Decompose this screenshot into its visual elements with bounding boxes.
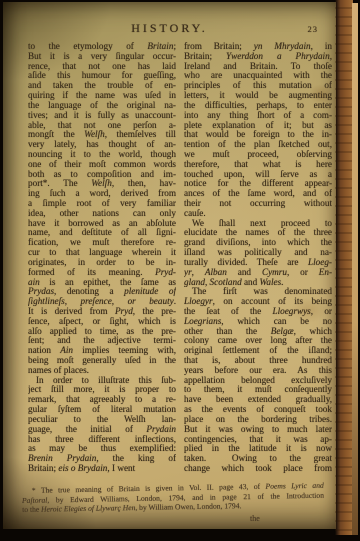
text-line: gular ſyſtem of literal mutation bbox=[28, 405, 176, 415]
text-line: ing ſuch a word, derived from bbox=[28, 189, 176, 199]
text-line: that is, about three hundred bbox=[184, 356, 332, 366]
text-line: contingencies, that it was ap- bbox=[184, 435, 332, 445]
text-line: very lately, has thought of an- bbox=[28, 140, 176, 150]
page-fore-edge bbox=[335, 0, 353, 535]
book-page: HISTORY. 23 to the etymology of Britain;… bbox=[3, 2, 336, 529]
text-line: name, and deſtitute of all ſigni- bbox=[28, 228, 176, 238]
text-line: that would be foreign to the in- bbox=[184, 130, 332, 140]
text-line: ſence, aſpect, or ſight, which is bbox=[28, 317, 176, 327]
text-line: cur to that language wherein it bbox=[28, 248, 176, 258]
text-line: mongſt the Welſh, themſelves till bbox=[28, 130, 176, 140]
text-line: cauſe. bbox=[184, 209, 332, 219]
text-line: original ſettlement of the iſland; bbox=[184, 346, 332, 356]
text-line: ain is an epithet, the ſame as bbox=[28, 278, 176, 288]
text-line: It is derived from Pryd, the pre- bbox=[28, 307, 176, 317]
text-line: plete explanation of it; but as bbox=[184, 121, 332, 131]
text-line: letters, it would be augmenting bbox=[184, 91, 332, 101]
page-body: to the etymology of Britain;But it is a … bbox=[28, 42, 332, 474]
text-line: The firſt was denominated bbox=[184, 287, 332, 297]
text-line: formed of its meaning. Pryd- bbox=[28, 268, 176, 278]
text-line: able, that not one perſon a- bbox=[28, 121, 176, 131]
text-line: tives; and it is fully as unaccount- bbox=[28, 111, 176, 121]
text-line: principles of this mutation of bbox=[184, 81, 332, 91]
text-line: fication, we muſt therefore re- bbox=[28, 238, 176, 248]
text-line: other than the Belgæ, which bbox=[184, 327, 332, 337]
text-line: guage, the initial of Prydain bbox=[28, 425, 176, 435]
text-line: taken. Owing to the great bbox=[184, 454, 332, 464]
footnote: * The true meaning of Britain is given i… bbox=[22, 481, 324, 515]
text-line: nouncing it to the world, though bbox=[28, 150, 176, 160]
text-line: have been extended gradually, bbox=[184, 395, 332, 405]
text-line: who are unacquainted with the bbox=[184, 71, 332, 81]
text-line: iſland was politically and na- bbox=[184, 248, 332, 258]
text-line: notice for the different appear- bbox=[184, 179, 332, 189]
text-line: therefore, that what is here bbox=[184, 160, 332, 170]
text-line: peculiar to the Welſh lan- bbox=[28, 415, 176, 425]
scanned-book-photo: HISTORY. 23 to the etymology of Britain;… bbox=[0, 0, 360, 541]
text-line: grand diviſions, into which the bbox=[184, 238, 332, 248]
right-column: from Britain; yn Mhrydain, inBritain; Yw… bbox=[184, 42, 332, 474]
text-line: Ireland and Britain. To thoſe bbox=[184, 62, 332, 72]
text-line: In order to illuſtrate this ſub- bbox=[28, 376, 176, 386]
underlying-page-edge bbox=[352, 3, 358, 535]
text-line: remark, that agreeably to a re- bbox=[28, 395, 176, 405]
text-line: plied in the latitude it is now bbox=[184, 444, 332, 454]
text-line: Loegrians, which can be no bbox=[184, 317, 332, 327]
page-number: 23 bbox=[308, 24, 319, 34]
text-line: tention of the plan ſketched out, bbox=[184, 140, 332, 150]
text-line: elucidate the names of the three bbox=[184, 228, 332, 238]
text-line: names of places. bbox=[28, 366, 176, 376]
text-line: But it was owing to much later bbox=[184, 425, 332, 435]
text-line: place on the bordering tribes. bbox=[184, 415, 332, 425]
text-line: has three different inflections, bbox=[28, 435, 176, 445]
text-line: idea, other nations can only bbox=[28, 209, 176, 219]
text-line: Brenin Prydain, the king of bbox=[28, 454, 176, 464]
text-line: Britain; Ywerddon a Phrydain, bbox=[184, 52, 332, 62]
text-line: Britain; eis o Brydain, I went bbox=[28, 464, 176, 474]
text-line: the language of the original na- bbox=[28, 101, 176, 111]
text-line: we muſt proceed, obſerving bbox=[184, 150, 332, 160]
text-line: to them, it muſt conſequently bbox=[184, 385, 332, 395]
text-line: touched upon, will ſerve as a bbox=[184, 170, 332, 180]
text-line: being moſt generally uſed in the bbox=[28, 356, 176, 366]
text-line: nation Ain implies teeming with, bbox=[28, 346, 176, 356]
text-line: the ſeat of the Lloegrwys, or bbox=[184, 307, 332, 317]
text-line: ances of the ſame word, and of bbox=[184, 189, 332, 199]
left-column: to the etymology of Britain;But it is a … bbox=[28, 42, 176, 474]
text-line: port*. The Welſh, then, hav- bbox=[28, 179, 176, 189]
text-line: aſide this humour for gueſſing, bbox=[28, 71, 176, 81]
text-line: their not occurring without bbox=[184, 199, 332, 209]
text-line: But it is a very ſingular occur- bbox=[28, 52, 176, 62]
text-line: originates, in order to be in- bbox=[28, 258, 176, 268]
text-line: turally divided. Theſe are Lloeg- bbox=[184, 258, 332, 268]
text-line: as may be thus exemplified: bbox=[28, 444, 176, 454]
text-line: both as to compoſition and im- bbox=[28, 170, 176, 180]
text-line: a ſimple root of very familiar bbox=[28, 199, 176, 209]
text-line: ſent; and the adjective termi- bbox=[28, 336, 176, 346]
text-line: the difficulties, perhaps, to enter bbox=[184, 101, 332, 111]
text-line: into any thing ſhort of a com- bbox=[184, 111, 332, 121]
text-line: ſightlineſs, preſence, or beauty. bbox=[28, 297, 176, 307]
text-line: rence, that not one has laid bbox=[28, 62, 176, 72]
text-line: appellation belonged excluſively bbox=[184, 376, 332, 386]
text-line: to the etymology of Britain; bbox=[28, 42, 176, 52]
text-line: quiring if the name was uſed in bbox=[28, 91, 176, 101]
running-title: HISTORY. bbox=[3, 21, 336, 36]
text-line: and taken the trouble of en- bbox=[28, 81, 176, 91]
catchword: the bbox=[250, 514, 260, 523]
text-line: gland, Scotland and Wales. bbox=[184, 278, 332, 288]
text-line: We ſhall next proceed to bbox=[184, 219, 332, 229]
text-line: Lloegyr, on account of its being bbox=[184, 297, 332, 307]
text-line: alſo applied to time, as the pre- bbox=[28, 327, 176, 337]
text-line: have it borrowed as an abſolute bbox=[28, 219, 176, 229]
text-line: change which took place from bbox=[184, 464, 332, 474]
text-line: as the events of conqueſt took bbox=[184, 405, 332, 415]
text-line: ject ſtill more, it is proper to bbox=[28, 385, 176, 395]
text-line: yr, Alban and Cymru, or En- bbox=[184, 268, 332, 278]
text-line: years before our era. As this bbox=[184, 366, 332, 376]
text-line: colony came over long after the bbox=[184, 336, 332, 346]
text-line: Prydas, denoting a plenitude of bbox=[28, 287, 176, 297]
text-line: from Britain; yn Mhrydain, in bbox=[184, 42, 332, 52]
text-line: one of their moſt common words bbox=[28, 160, 176, 170]
